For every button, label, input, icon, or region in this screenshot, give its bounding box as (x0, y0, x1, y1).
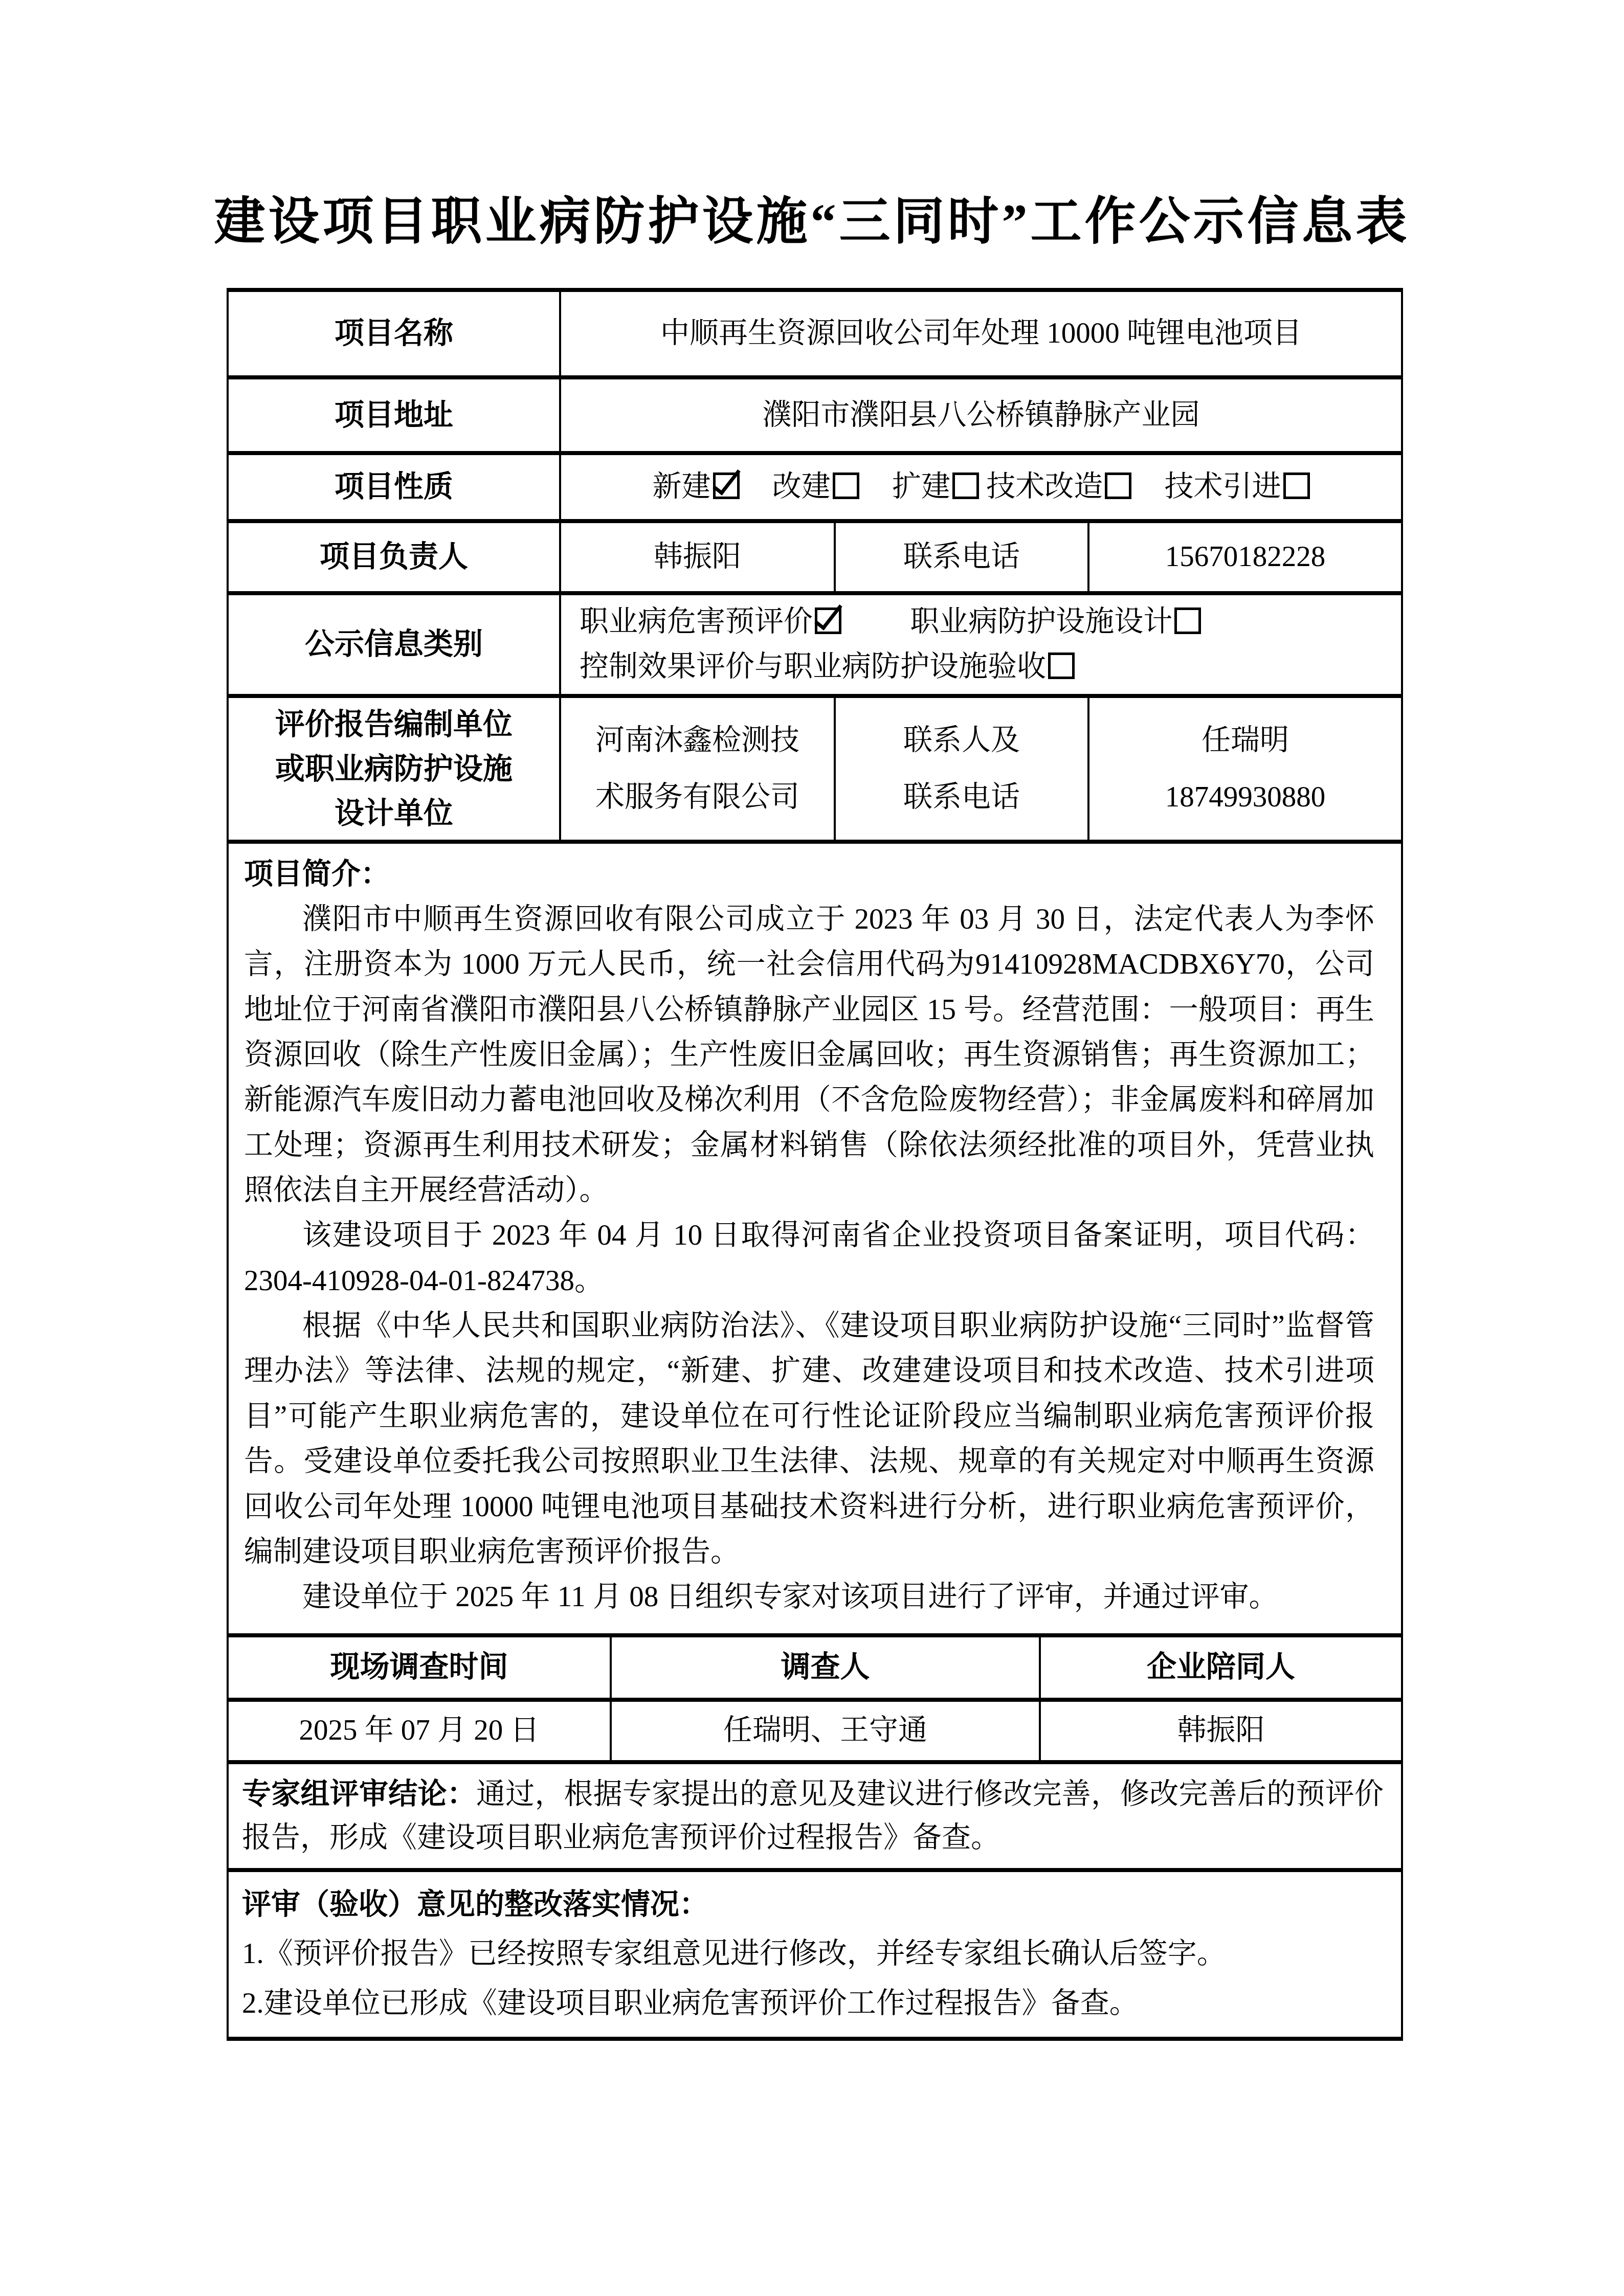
project-leader-name: 韩振阳 (559, 523, 834, 591)
contact-label-line: 联系人及 (903, 712, 1020, 769)
nature-option-new: 新建 (653, 470, 740, 503)
nature-option-tech-upgrade: 技术改造 (986, 470, 1131, 503)
report-unit-label-line: 或职业病防护设施 (275, 747, 513, 791)
empty-checkbox-icon (1105, 472, 1131, 499)
report-unit-label: 评价报告编制单位 或职业病防护设施 设计单位 (229, 698, 559, 840)
introduction-paragraph: 建设单位于 2025 年 11 月 08 日组织专家对该项目进行了评审，并通过评… (244, 1574, 1374, 1619)
row-report-unit: 评价报告编制单位 或职业病防护设施 设计单位 河南沐鑫检测技 术服务有限公司 联… (229, 694, 1401, 840)
row-project-nature: 项目性质 新建 改建 扩建 技术改造 技术引进 (229, 451, 1401, 519)
nature-option-tech-import: 技术引进 (1165, 470, 1310, 503)
rectification-item: 1.《预评价报告》已经按照专家组意见进行修改，并经专家组长确认后签字。 (242, 1929, 1384, 1979)
category-option-effect-acceptance: 控制效果评价与职业病防护设施验收 (580, 650, 1075, 683)
survey-header-investigator: 调查人 (610, 1637, 1039, 1698)
publicity-category-line2: 控制效果评价与职业病防护设施验收 (580, 644, 1075, 689)
survey-header-escort: 企业陪同人 (1039, 1637, 1401, 1698)
project-nature-value: 新建 改建 扩建 技术改造 技术引进 (559, 455, 1401, 519)
publicity-category-line1: 职业病危害预评价 职业病防护设施设计 (580, 599, 1201, 644)
row-project-name: 项目名称 中顺再生资源回收公司年处理 10000 吨锂电池项目 (229, 292, 1401, 375)
category-option-label: 职业病防护设施设计 (910, 605, 1172, 638)
publicity-category-value: 职业病危害预评价 职业病防护设施设计 控制效果评价与职业病防护设施验收 (559, 595, 1401, 694)
project-address-value: 濮阳市濮阳县八公桥镇静脉产业园 (559, 379, 1401, 451)
empty-checkbox-icon (1174, 607, 1201, 634)
nature-option-label: 改建 (772, 470, 831, 503)
contact-name: 任瑞明 (1202, 712, 1289, 769)
expert-review-label: 专家组评审结论： (242, 1778, 476, 1810)
nature-option-label: 扩建 (892, 470, 950, 503)
project-leader-label: 项目负责人 (229, 523, 559, 591)
company-name-line: 河南沐鑫检测技 (595, 712, 799, 769)
row-project-address: 项目地址 濮阳市濮阳县八公桥镇静脉产业园 (229, 375, 1401, 451)
checked-checkbox-icon (815, 607, 841, 634)
document-title: 建设项目职业病防护设施“三同时”工作公示信息表 (0, 180, 1624, 254)
nature-option-expand: 扩建 (892, 470, 979, 503)
checked-checkbox-icon (713, 472, 740, 499)
survey-header-time: 现场调查时间 (229, 1637, 610, 1698)
report-unit-contact-label: 联系人及 联系电话 (834, 698, 1087, 840)
company-name-line: 术服务有限公司 (595, 769, 799, 825)
introduction-paragraph: 濮阳市中顺再生资源回收有限公司成立于 2023 年 03 月 30 日，法定代表… (244, 897, 1374, 1213)
document-page: 建设项目职业病防护设施“三同时”工作公示信息表 项目名称 中顺再生资源回收公司年… (0, 0, 1624, 2296)
row-introduction: 项目简介： 濮阳市中顺再生资源回收有限公司成立于 2023 年 03 月 30 … (229, 840, 1401, 1633)
row-survey-values: 2025 年 07 月 20 日 任瑞明、王守通 韩振阳 (229, 1698, 1401, 1760)
project-nature-label: 项目性质 (229, 455, 559, 519)
project-nature-options: 新建 改建 扩建 技术改造 技术引进 (653, 466, 1310, 508)
report-unit-label-line: 评价报告编制单位 (275, 702, 513, 747)
rectification-block: 评审（验收）意见的整改落实情况： 1.《预评价报告》已经按照专家组意见进行修改，… (229, 1872, 1401, 2037)
report-unit-label-line: 设计单位 (335, 791, 453, 836)
rectification-title: 评审（验收）意见的整改落实情况： (242, 1880, 1384, 1930)
introduction-paragraph: 该建设项目于 2023 年 04 月 10 日取得河南省企业投资项目备案证明，项… (244, 1213, 1374, 1303)
row-expert-review: 专家组评审结论：通过，根据专家提出的意见及建议进行修改完善，修改完善后的预评价报… (229, 1760, 1401, 1868)
empty-checkbox-icon (952, 472, 979, 499)
rectification-item: 2.建设单位已形成《建设项目职业病危害预评价工作过程报告》备查。 (242, 1979, 1384, 2029)
nature-option-label: 新建 (653, 470, 711, 503)
info-table: 项目名称 中顺再生资源回收公司年处理 10000 吨锂电池项目 项目地址 濮阳市… (227, 288, 1403, 2041)
row-publicity-category: 公示信息类别 职业病危害预评价 职业病防护设施设计 控制效果评价与职业病防护设施… (229, 591, 1401, 694)
category-option-pre-evaluation: 职业病危害预评价 (580, 605, 841, 638)
contact-label-line: 联系电话 (903, 769, 1020, 825)
project-name-value: 中顺再生资源回收公司年处理 10000 吨锂电池项目 (559, 292, 1401, 375)
empty-checkbox-icon (1048, 652, 1075, 679)
introduction-block: 项目简介： 濮阳市中顺再生资源回收有限公司成立于 2023 年 03 月 30 … (229, 844, 1401, 1633)
empty-checkbox-icon (833, 472, 859, 499)
category-option-label: 控制效果评价与职业病防护设施验收 (580, 650, 1046, 683)
survey-escort: 韩振阳 (1039, 1702, 1401, 1760)
survey-time: 2025 年 07 月 20 日 (229, 1702, 610, 1760)
project-address-label: 项目地址 (229, 379, 559, 451)
row-project-leader: 项目负责人 韩振阳 联系电话 15670182228 (229, 519, 1401, 591)
nature-option-rebuild: 改建 (772, 470, 859, 503)
category-option-facility-design: 职业病防护设施设计 (910, 605, 1201, 638)
expert-review-block: 专家组评审结论：通过，根据专家提出的意见及建议进行修改完善，修改完善后的预评价报… (229, 1764, 1401, 1868)
row-rectification: 评审（验收）意见的整改落实情况： 1.《预评价报告》已经按照专家组意见进行修改，… (229, 1868, 1401, 2037)
project-leader-phone-label: 联系电话 (834, 523, 1087, 591)
project-name-label: 项目名称 (229, 292, 559, 375)
nature-option-label: 技术引进 (1165, 470, 1281, 503)
row-survey-header: 现场调查时间 调查人 企业陪同人 (229, 1633, 1401, 1698)
nature-option-label: 技术改造 (986, 470, 1103, 503)
report-unit-company: 河南沐鑫检测技 术服务有限公司 (559, 698, 834, 840)
contact-phone: 18749930880 (1165, 769, 1326, 825)
survey-investigator: 任瑞明、王守通 (610, 1702, 1039, 1760)
introduction-label: 项目简介： (244, 852, 1374, 897)
report-unit-contact: 任瑞明 18749930880 (1087, 698, 1401, 840)
project-leader-phone: 15670182228 (1087, 523, 1401, 591)
introduction-paragraph: 根据《中华人民共和国职业病防治法》、《建设项目职业病防护设施“三同时”监督管理办… (244, 1303, 1374, 1574)
empty-checkbox-icon (1283, 472, 1310, 499)
publicity-category-label: 公示信息类别 (229, 595, 559, 694)
category-option-label: 职业病危害预评价 (580, 605, 813, 638)
